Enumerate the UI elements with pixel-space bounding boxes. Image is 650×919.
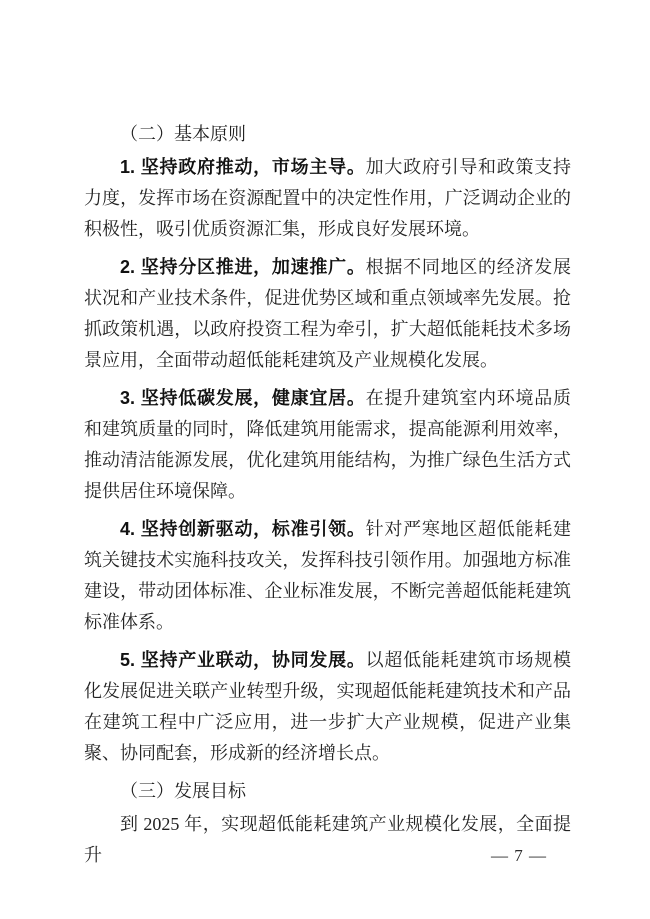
section-heading-development-goals: （三）发展目标 [84, 776, 571, 807]
paragraph-principle-3: 3. 坚持低碳发展，健康宜居。在提升建筑室内环境品质和建筑质量的同时，降低建筑用… [84, 383, 571, 507]
paragraph-principle-4: 4. 坚持创新驱动，标准引领。针对严寒地区超低能耗建筑关键技术实施科技攻关，发挥… [84, 514, 571, 638]
document-page: （二）基本原则 1. 坚持政府推动，市场主导。加大政府引导和政策支持力度，发挥市… [0, 0, 650, 919]
page-number: — 7 — [0, 845, 547, 867]
paragraph-principle-2: 2. 坚持分区推进，加速推广。根据不同地区的经济发展状况和产业技术条件，促进优势… [84, 252, 571, 376]
paragraph-principle-5: 5. 坚持产业联动，协同发展。以超低能耗建筑市场规模化发展促进关联产业转型升级，… [84, 645, 571, 769]
paragraph-principle-1: 1. 坚持政府推动，市场主导。加大政府引导和政策支持力度，发挥市场在资源配置中的… [84, 152, 571, 245]
document-content: （二）基本原则 1. 坚持政府推动，市场主导。加大政府引导和政策支持力度，发挥市… [84, 116, 571, 878]
section-heading-basic-principles: （二）基本原则 [84, 119, 571, 150]
paragraph-principle-1-lead: 1. 坚持政府推动，市场主导。 [120, 157, 366, 177]
paragraph-principle-2-lead: 2. 坚持分区推进，加速推广。 [120, 257, 366, 277]
paragraph-principle-4-lead: 4. 坚持创新驱动，标准引领。 [120, 519, 366, 539]
paragraph-principle-5-lead: 5. 坚持产业联动，协同发展。 [120, 650, 366, 670]
paragraph-principle-3-lead: 3. 坚持低碳发展，健康宜居。 [120, 388, 366, 408]
